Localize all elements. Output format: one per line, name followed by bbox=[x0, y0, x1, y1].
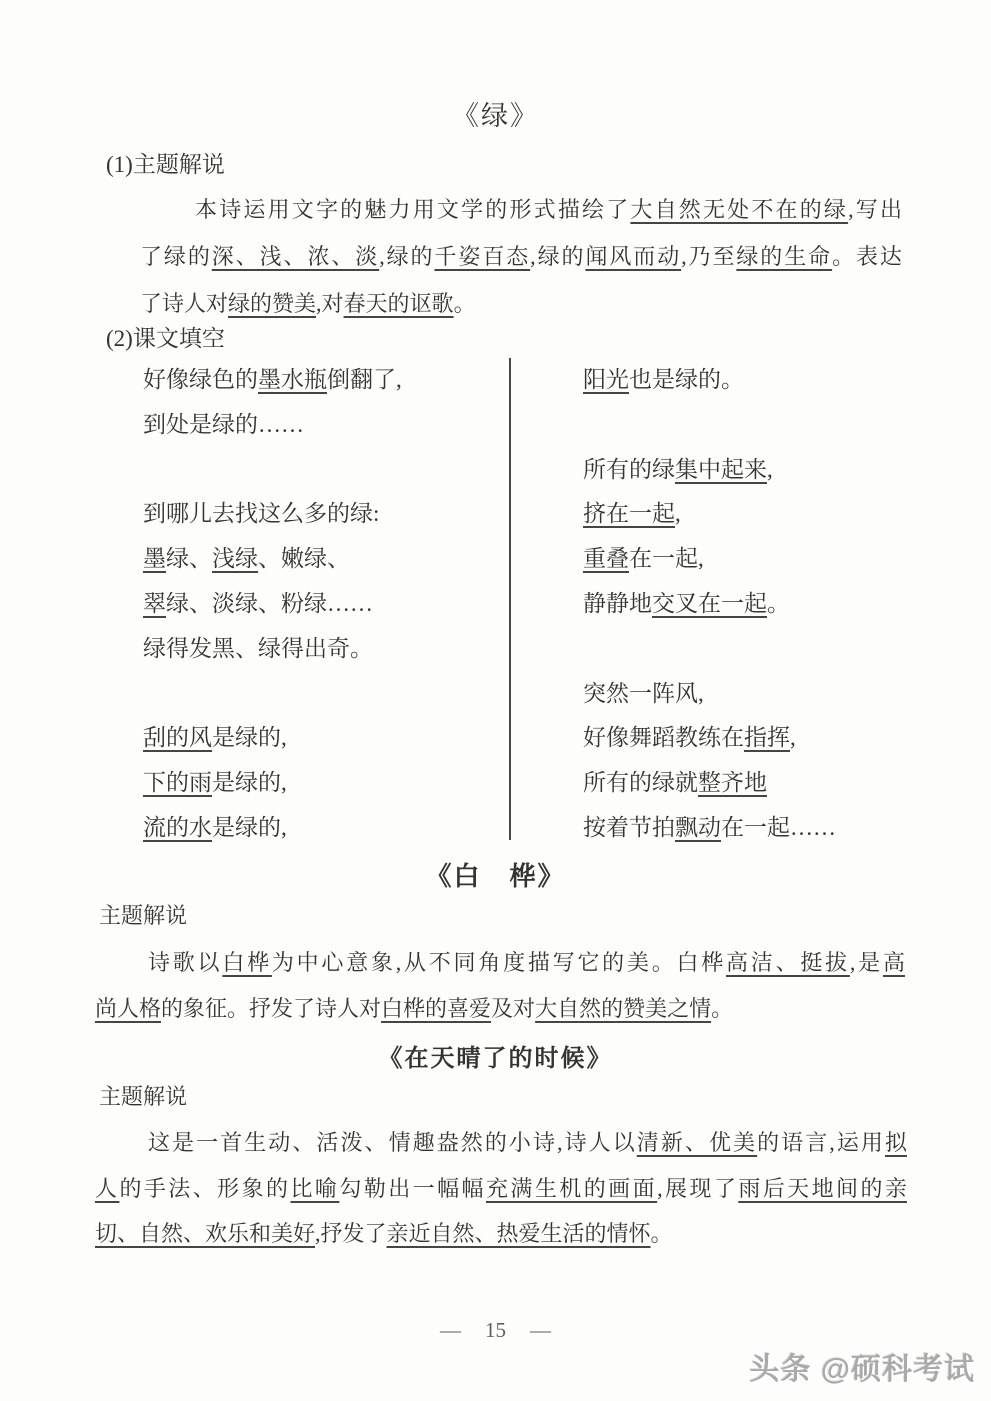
text-run: 到哪儿去找这么多的绿: bbox=[143, 501, 379, 526]
text-run: 按着节拍 bbox=[583, 815, 675, 840]
underlined-key-phrase: 闻风而动 bbox=[585, 244, 681, 269]
underlined-key-phrase: 绿的生命 bbox=[736, 244, 832, 269]
poem-line: 到处是绿的…… bbox=[143, 403, 503, 448]
text-run: 了绿的 bbox=[140, 244, 212, 269]
poem-right-column: 阳光也是绿的。所有的绿集中起来,挤在一起,重叠在一起,静静地交叉在一起。突然一阵… bbox=[583, 358, 913, 851]
paragraph-green-theme: 本诗运用文字的魅力用文学的形式描绘了大自然无处不在的绿,写出 了绿的深、浅、浓、… bbox=[140, 186, 902, 327]
text-run: 为中心意象,从不同角度描写它的美。白桦 bbox=[272, 950, 726, 975]
text-run: ,乃至 bbox=[681, 244, 736, 269]
text-run: 静静地 bbox=[583, 591, 652, 616]
text-run: 到处是绿的…… bbox=[143, 412, 304, 437]
poem-line: 墨绿、浅绿、嫩绿、 bbox=[143, 537, 503, 582]
underlined-key-phrase: 清新、优美 bbox=[637, 1130, 757, 1155]
poem-line: 挤在一起, bbox=[583, 492, 913, 537]
subtitle-theme-explanation-baihua: 主题解说 bbox=[99, 899, 187, 930]
poem-line: 突然一阵风, bbox=[583, 672, 913, 717]
text-run: 本诗运用文字的魅力用文学的形式描绘了 bbox=[195, 197, 630, 222]
underlined-key-phrase: 深、浅、浓、淡 bbox=[212, 244, 379, 269]
footer-dash-left: — bbox=[440, 1318, 461, 1343]
underlined-key-phrase: 尚人格 bbox=[95, 996, 161, 1021]
text-run: 绿、 bbox=[166, 546, 212, 571]
text-run: , bbox=[790, 725, 796, 750]
underlined-key-phrase: 重叠 bbox=[583, 546, 629, 571]
text-run: 的语言,运用 bbox=[757, 1130, 885, 1155]
text-run: ,抒发了 bbox=[315, 1221, 387, 1246]
paragraph-line: 了绿的深、浅、浓、淡,绿的千姿百态,绿的闻风而动,乃至绿的生命。表达 bbox=[140, 233, 902, 280]
paragraph-tianqing-theme: 这是一首生动、活泼、情趣盎然的小诗,诗人以清新、优美的语言,运用拟 人的手法、形… bbox=[95, 1120, 907, 1257]
text-run: 好像绿色的 bbox=[143, 367, 258, 392]
underlined-key-phrase: 下的雨 bbox=[143, 770, 212, 795]
underlined-key-phrase: 墨水瓶 bbox=[258, 367, 327, 392]
paragraph-line: 了诗人对绿的赞美,对春天的讴歌。 bbox=[140, 280, 902, 327]
text-run: 的手法、形象的 bbox=[119, 1176, 290, 1201]
text-run: 这是一首生动、活泼、情趣盎然的小诗,诗人以 bbox=[148, 1130, 637, 1155]
underlined-key-phrase: 拟 bbox=[885, 1130, 907, 1155]
underlined-key-phrase: 白桦的喜爱 bbox=[381, 996, 491, 1021]
underlined-key-phrase: 切、自然、欢乐和美好 bbox=[95, 1221, 315, 1246]
paragraph-line: 人的手法、形象的比喻勾勒出一幅幅充满生机的画面,展现了雨后天地间的亲 bbox=[95, 1166, 907, 1212]
poem-line: 阳光也是绿的。 bbox=[583, 358, 913, 403]
poem-line: 所有的绿集中起来, bbox=[583, 448, 913, 493]
underlined-key-phrase: 大自然无处不在的绿 bbox=[630, 197, 848, 222]
underlined-key-phrase: 指挥 bbox=[744, 725, 790, 750]
underlined-key-phrase: 挤在一起 bbox=[583, 501, 675, 526]
text-run: ,绿的 bbox=[379, 244, 434, 269]
section-title-green: 《绿》 bbox=[0, 94, 991, 133]
underlined-key-phrase: 春天的讴歌 bbox=[344, 291, 454, 316]
poem-line: 所有的绿就整齐地 bbox=[583, 761, 913, 806]
underlined-key-phrase: 交叉在一起 bbox=[652, 591, 767, 616]
poem-line: 好像绿色的墨水瓶倒翻了, bbox=[143, 358, 503, 403]
text-run: 。表达 bbox=[832, 244, 902, 269]
underlined-key-phrase: 大自然的赞美之情 bbox=[535, 996, 711, 1021]
text-run: 。 bbox=[767, 591, 790, 616]
section-title-baihua: 《白 桦》 bbox=[0, 856, 991, 893]
subtitle-theme-explanation-tianqing: 主题解说 bbox=[99, 1080, 187, 1111]
page-footer: — 15 — bbox=[0, 1318, 991, 1343]
text-run: 是绿的, bbox=[212, 725, 287, 750]
poem-line: 刮的风是绿的, bbox=[143, 716, 503, 761]
poem-line: 翠绿、淡绿、粉绿…… bbox=[143, 582, 503, 627]
paragraph-line: 尚人格的象征。抒发了诗人对白桦的喜爱及对大自然的赞美之情。 bbox=[95, 986, 905, 1032]
underlined-key-phrase: 亲近自然、热爱生活的情怀 bbox=[387, 1221, 651, 1246]
paragraph-line: 本诗运用文字的魅力用文学的形式描绘了大自然无处不在的绿,写出 bbox=[140, 186, 902, 233]
footer-dash-right: — bbox=[530, 1318, 551, 1343]
underlined-key-phrase: 阳光 bbox=[583, 367, 629, 392]
underlined-key-phrase: 刮的风 bbox=[143, 725, 212, 750]
text-run: 倒翻了, bbox=[327, 367, 402, 392]
underlined-key-phrase: 流的水 bbox=[143, 815, 212, 840]
text-run: 所有的绿 bbox=[583, 457, 675, 482]
poem-line-blank bbox=[143, 448, 503, 493]
poem-line-blank bbox=[143, 672, 503, 717]
text-run: 在一起…… bbox=[721, 815, 836, 840]
poem-line-blank bbox=[583, 403, 913, 448]
text-run: ,绿的 bbox=[530, 244, 585, 269]
text-run: 及对 bbox=[491, 996, 535, 1021]
page-number: 15 bbox=[485, 1318, 506, 1343]
underlined-key-phrase: 高洁、挺拔 bbox=[726, 950, 850, 975]
poem-line: 按着节拍飘动在一起…… bbox=[583, 806, 913, 851]
text-run: 也是绿的。 bbox=[629, 367, 744, 392]
text-run: 绿得发黑、绿得出奇。 bbox=[143, 636, 373, 661]
text-run: , bbox=[767, 457, 773, 482]
text-run: 突然一阵风, bbox=[583, 681, 704, 706]
text-run: ,展现了 bbox=[657, 1176, 738, 1201]
item-label-text-fill-blank: (2)课文填空 bbox=[106, 320, 225, 353]
poem-left-column: 好像绿色的墨水瓶倒翻了,到处是绿的……到哪儿去找这么多的绿:墨绿、浅绿、嫩绿、翠… bbox=[143, 358, 503, 851]
underlined-key-phrase: 高 bbox=[883, 950, 905, 975]
text-run: 是绿的, bbox=[212, 815, 287, 840]
section-title-tianqing: 《在天晴了的时候》 bbox=[0, 1038, 991, 1073]
paragraph-line: 切、自然、欢乐和美好,抒发了亲近自然、热爱生活的情怀。 bbox=[95, 1211, 907, 1257]
poem-line: 重叠在一起, bbox=[583, 537, 913, 582]
poem-line: 好像舞蹈教练在指挥, bbox=[583, 716, 913, 761]
text-run: 是绿的, bbox=[212, 770, 287, 795]
underlined-key-phrase: 比喻 bbox=[291, 1176, 340, 1201]
paragraph-line: 这是一首生动、活泼、情趣盎然的小诗,诗人以清新、优美的语言,运用拟 bbox=[95, 1120, 907, 1166]
text-run: 勾勒出一幅幅 bbox=[339, 1176, 486, 1201]
underlined-key-phrase: 浅绿 bbox=[212, 546, 258, 571]
poem-line: 流的水是绿的, bbox=[143, 806, 503, 851]
text-run: 。 bbox=[651, 1221, 673, 1246]
scanned-worksheet-page: 《绿》 (1)主题解说 本诗运用文字的魅力用文学的形式描绘了大自然无处不在的绿,… bbox=[0, 0, 991, 1401]
underlined-key-phrase: 千姿百态 bbox=[434, 244, 530, 269]
underlined-key-phrase: 雨后天地间的亲 bbox=[738, 1176, 907, 1201]
text-run: 、嫩绿、 bbox=[258, 546, 350, 571]
underlined-key-phrase: 绿的赞美 bbox=[228, 291, 316, 316]
text-run: 。 bbox=[711, 996, 733, 1021]
underlined-key-phrase: 墨 bbox=[143, 546, 166, 571]
text-run: 诗歌以 bbox=[148, 950, 222, 975]
text-run: 在一起, bbox=[629, 546, 704, 571]
column-divider bbox=[509, 358, 511, 840]
text-run: 好像舞蹈教练在 bbox=[583, 725, 744, 750]
poem-line: 下的雨是绿的, bbox=[143, 761, 503, 806]
paragraph-baihua-theme: 诗歌以白桦为中心意象,从不同角度描写它的美。白桦高洁、挺拔,是高 尚人格的象征。… bbox=[95, 940, 905, 1032]
text-run: 了诗人对 bbox=[140, 291, 228, 316]
underlined-key-phrase: 整齐地 bbox=[698, 770, 767, 795]
text-run: ,是 bbox=[850, 950, 883, 975]
text-run: ,写出 bbox=[848, 197, 902, 222]
underlined-key-phrase: 翠 bbox=[143, 591, 166, 616]
text-run: 所有的绿就 bbox=[583, 770, 698, 795]
underlined-key-phrase: 集中起来 bbox=[675, 457, 767, 482]
underlined-key-phrase: 充满生机的画面 bbox=[486, 1176, 657, 1201]
poem-line: 静静地交叉在一起。 bbox=[583, 582, 913, 627]
paragraph-line: 诗歌以白桦为中心意象,从不同角度描写它的美。白桦高洁、挺拔,是高 bbox=[95, 940, 905, 986]
text-run: 。 bbox=[454, 291, 476, 316]
underlined-key-phrase: 白桦 bbox=[222, 950, 272, 975]
underlined-key-phrase: 飘动 bbox=[675, 815, 721, 840]
watermark-text: 头条 @硕科考试 bbox=[749, 1344, 975, 1388]
poem-line-blank bbox=[583, 627, 913, 672]
poem-line: 绿得发黑、绿得出奇。 bbox=[143, 627, 503, 672]
poem-line: 到哪儿去找这么多的绿: bbox=[143, 492, 503, 537]
underlined-key-phrase: 人 bbox=[95, 1176, 119, 1201]
text-run: , bbox=[675, 501, 681, 526]
text-run: ,对 bbox=[316, 291, 344, 316]
item-label-theme-explanation: (1)主题解说 bbox=[106, 146, 225, 179]
text-run: 的象征。抒发了诗人对 bbox=[161, 996, 381, 1021]
text-run: 绿、淡绿、粉绿…… bbox=[166, 591, 373, 616]
